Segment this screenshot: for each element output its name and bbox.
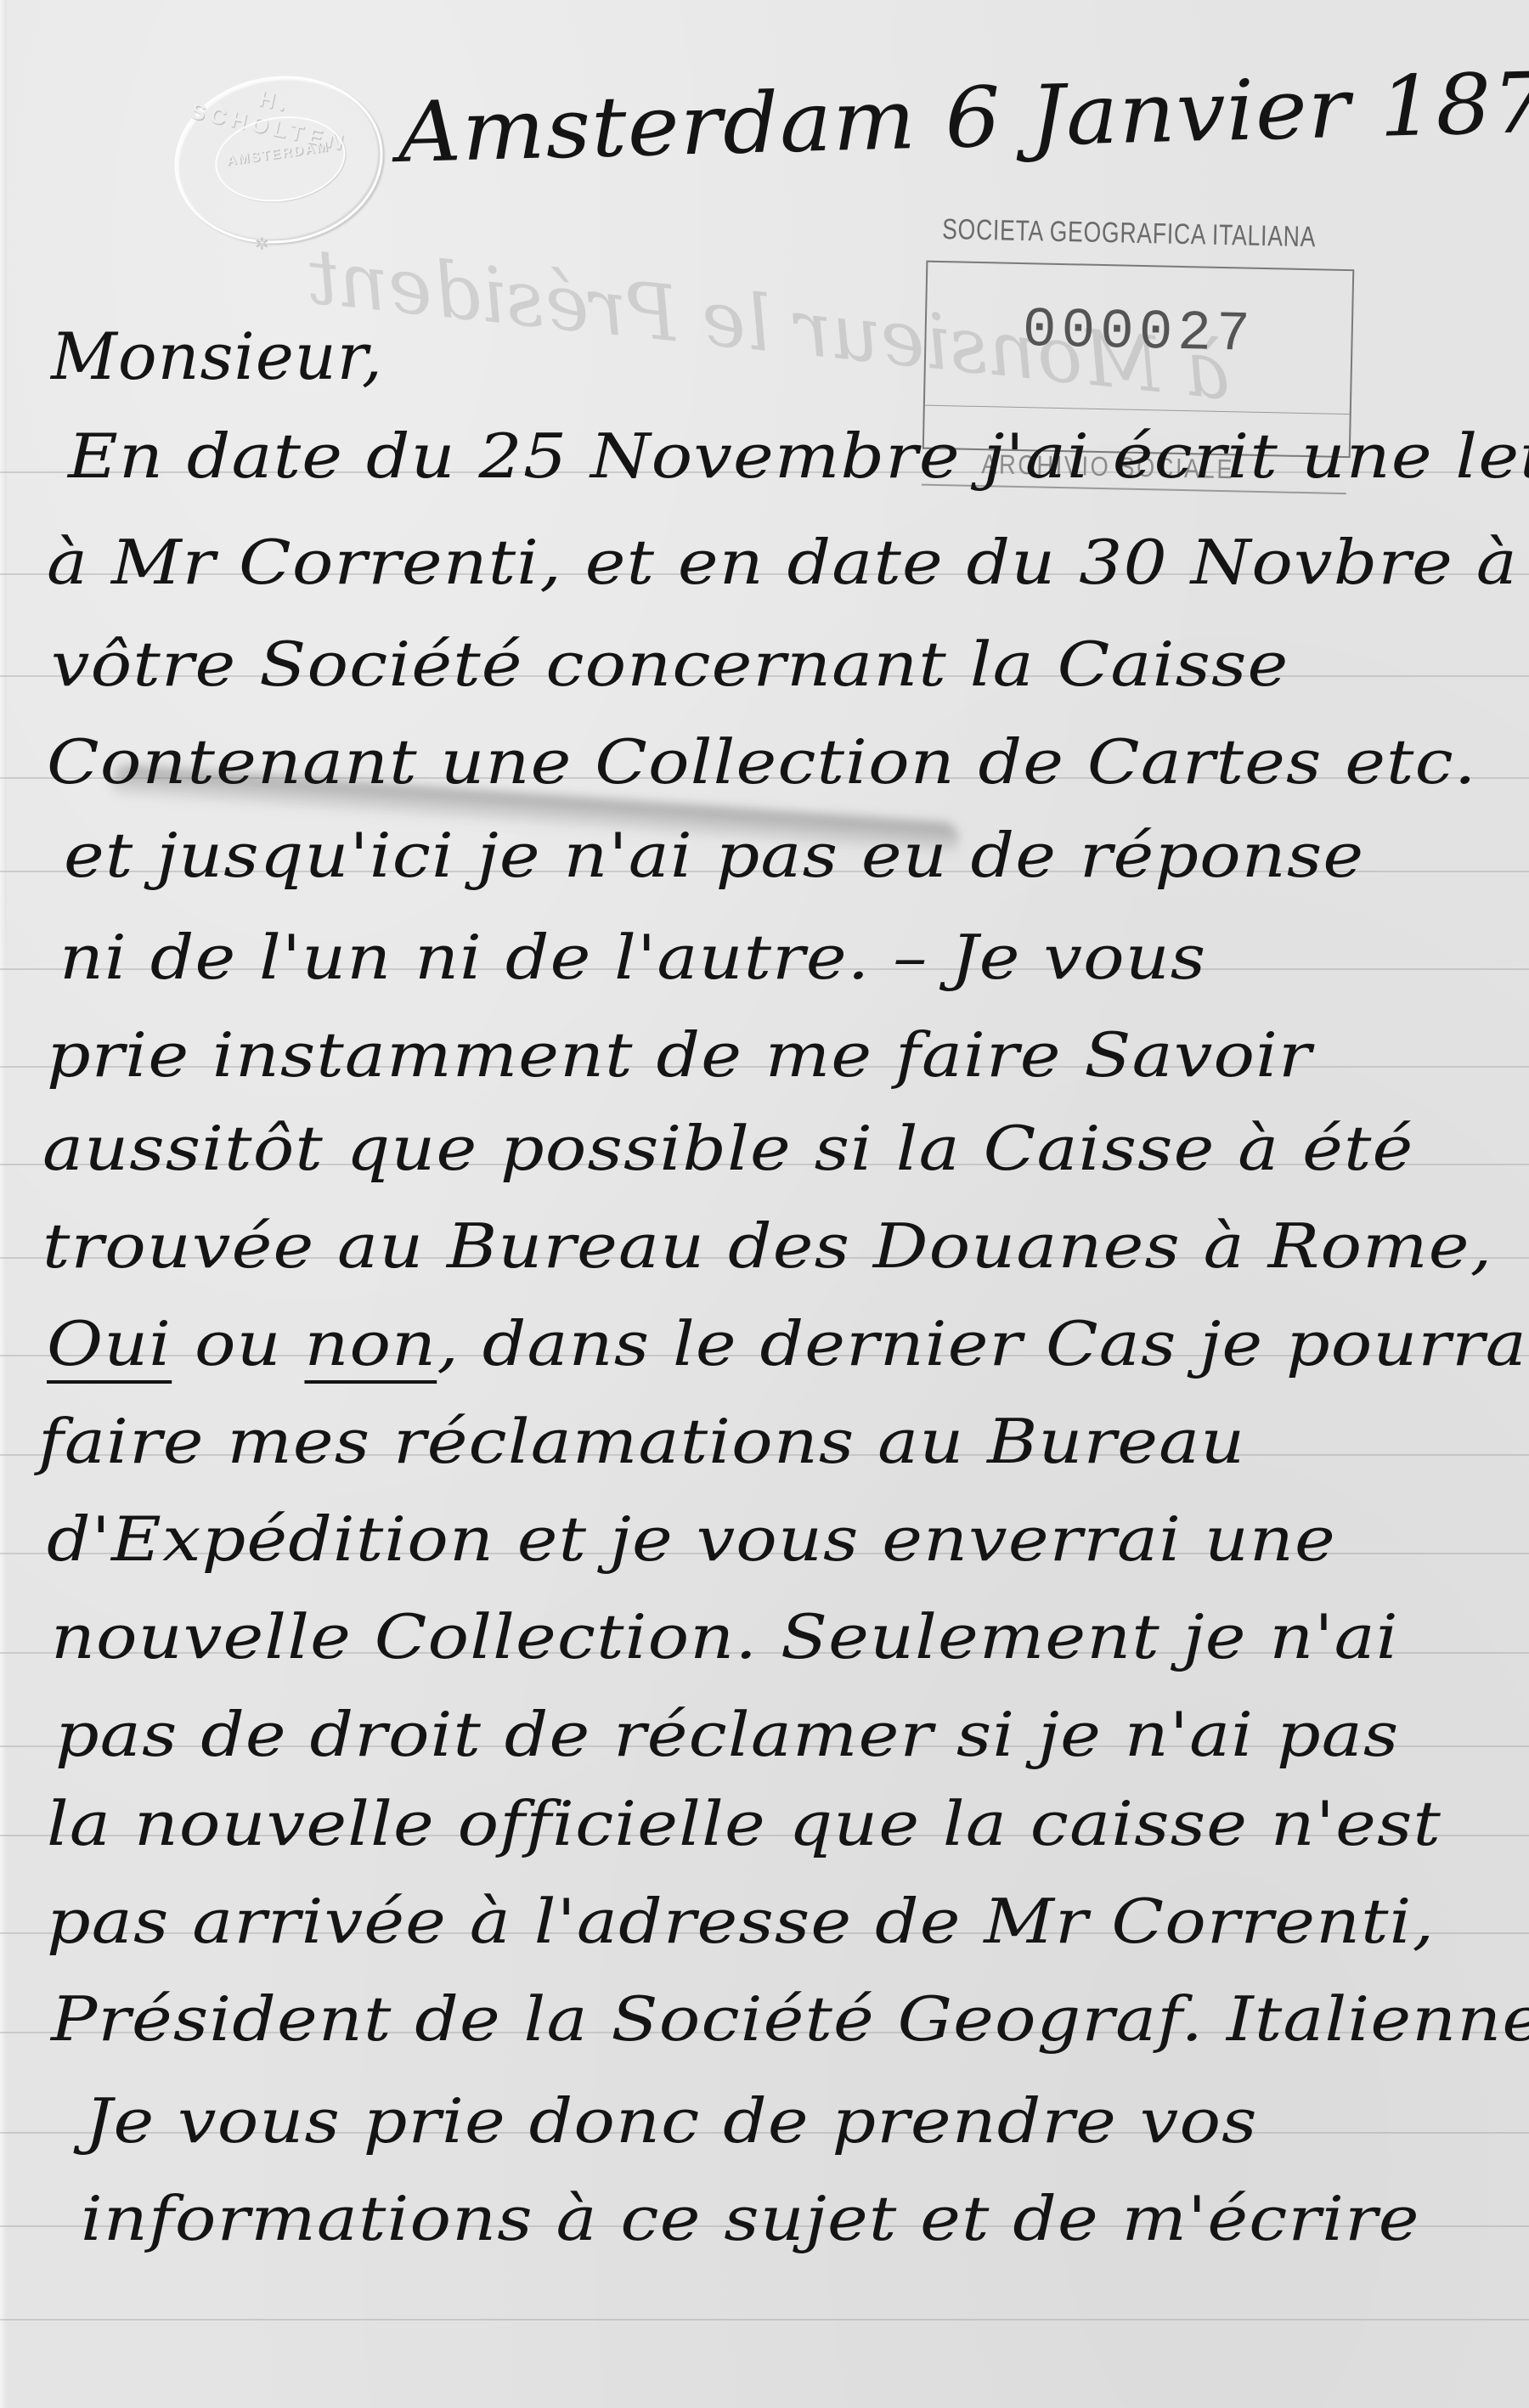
archive-number: 000027 xyxy=(926,296,1351,369)
place-date: Amsterdam 6 Janvier 1877. xyxy=(397,53,1529,182)
salutation: Monsieur, xyxy=(51,319,383,394)
letter-line: Je vous prie donc de prendre vos xyxy=(85,2085,1258,2157)
letter-line: aussitôt que possible si la Caisse à été xyxy=(42,1113,1413,1184)
star-ornament-icon: ✲ xyxy=(255,234,269,254)
letter-line: pas arrivée à l'adresse de Mr Correnti, xyxy=(47,1886,1435,1957)
letter-line-visible: Oui ou non, dans le dernier Cas je pourr… xyxy=(47,1308,1529,1379)
stamp-divider xyxy=(925,405,1350,414)
ruled-line xyxy=(0,2319,1529,2321)
letter-line: pas de droit de réclamer si je n'ai pas xyxy=(55,1699,1399,1770)
letter-line: et jusqu'ici je n'ai pas eu de réponse xyxy=(64,820,1364,891)
letter-line: prie instamment de me faire Savoir xyxy=(47,1019,1312,1091)
underlined-word: Oui xyxy=(47,1308,172,1379)
underlined-word: non xyxy=(304,1308,437,1379)
letter-line: Contenant une Collection de Cartes etc. xyxy=(47,726,1477,798)
letter-line: la nouvelle officielle que la caisse n'e… xyxy=(47,1788,1442,1859)
letter-page: à Monsieur le Président H. SCHOLTEN AMST… xyxy=(0,0,1529,2408)
letter-line: vôtre Société concernant la Caisse xyxy=(51,629,1289,700)
letter-line: ni de l'un ni de l'autre. – Je vous xyxy=(59,922,1206,993)
letter-line: Président de la Société Geograf. Italien… xyxy=(51,1983,1529,2055)
paper-edge xyxy=(0,0,7,2408)
letter-line: d'Expédition et je vous enverrai une xyxy=(47,1503,1336,1575)
letter-line: à Mr Correnti, et en date du 30 Novbre à xyxy=(47,527,1518,598)
embossed-stamp: H. SCHOLTEN AMSTERDAM xyxy=(164,63,394,257)
letter-line: nouvelle Collection. Seulement je n'ai xyxy=(51,1601,1399,1672)
archive-stamp-header: SOCIETA GEOGRAFICA ITALIANA xyxy=(942,213,1274,253)
letter-line: informations à ce sujet et de m'écrire xyxy=(81,2183,1420,2254)
letter-line: trouvée au Bureau des Douanes à Rome, xyxy=(42,1210,1492,1282)
letter-line: En date du 25 Novembre j'ai écrit une le… xyxy=(68,420,1529,492)
letter-line: faire mes réclamations au Bureau xyxy=(38,1406,1245,1477)
